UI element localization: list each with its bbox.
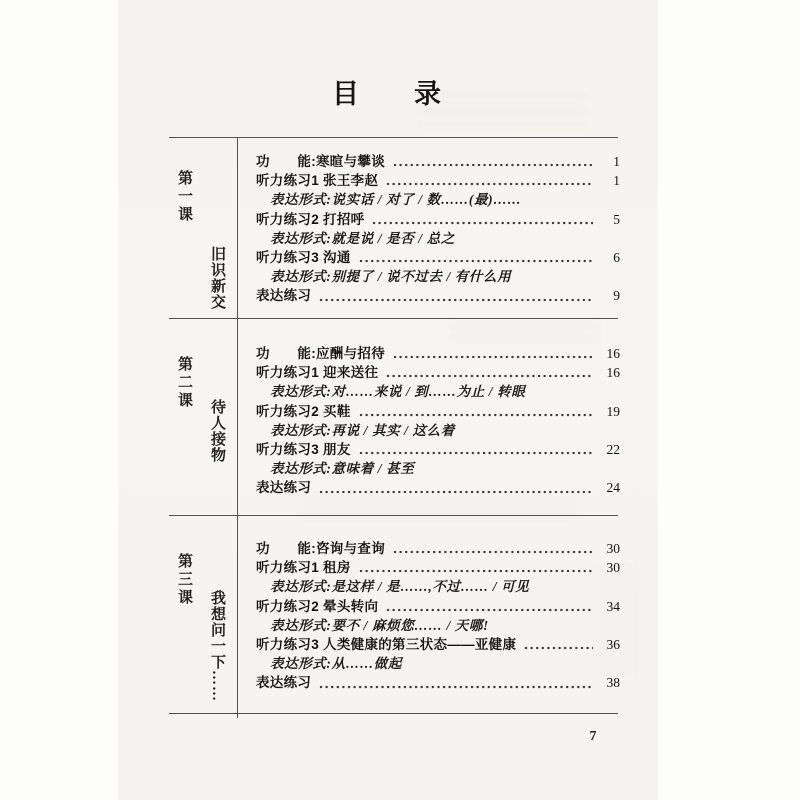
- dotted-leader: [393, 355, 593, 359]
- toc-entry-text: 听力练习3 沟通: [256, 248, 351, 267]
- toc-row-form: 表达形式:就是说 / 是否 / 总之: [256, 229, 620, 248]
- toc-entry-text: 表达练习: [256, 673, 311, 692]
- toc-row-form: 表达形式:说实话 / 对了 / 数……(最)……: [256, 190, 620, 209]
- dotted-leader: [359, 451, 593, 455]
- dotted-leader: [524, 646, 593, 650]
- scan-bleed-artifact: [298, 498, 578, 528]
- toc-row-form: 表达形式:是这样 / 是……,不过…… / 可见: [256, 577, 620, 596]
- toc-entry-text: 表达练习: [256, 286, 311, 305]
- toc-entry-page-number: 16: [598, 344, 620, 363]
- toc-row-form: 表达形式:意味着 / 甚至: [256, 459, 620, 478]
- toc-entry-text: 听力练习2 晕头转向: [256, 597, 378, 616]
- toc-row-exercise: 听力练习1 租房30: [256, 558, 620, 577]
- toc-entry-text: 听力练习1 租房: [256, 558, 351, 577]
- toc-row-function: 功 能:咨询与查询30: [256, 539, 620, 558]
- toc-entry-page-number: 34: [598, 597, 620, 616]
- toc-row-function: 功 能:寒暄与攀谈1: [256, 152, 620, 171]
- lesson-title-label: 待人接物: [207, 399, 228, 463]
- lesson-number-label: 第一课: [174, 170, 195, 224]
- scanned-book-page: 目 录 第一课 旧识新交 功 能:寒暄与攀谈1听力练习1 张王李赵1表达形式:说…: [118, 0, 658, 800]
- toc-entry-page-number: 19: [598, 402, 620, 421]
- toc-entry-page-number: 5: [598, 210, 620, 229]
- toc-entry-text: 听力练习1 迎来送往: [256, 363, 378, 382]
- toc-entry-page-number: 9: [598, 286, 620, 305]
- table-rule-vertical: [237, 137, 238, 718]
- toc-entry-text: 听力练习3 人类健康的第三状态——亚健康: [256, 635, 516, 654]
- dotted-leader: [393, 163, 593, 167]
- dotted-leader: [386, 608, 593, 612]
- toc-entry-text: 表达形式:是这样 / 是……,不过…… / 可见: [270, 577, 529, 596]
- toc-entry-text: 表达形式:别提了 / 说不过去 / 有什么用: [270, 267, 511, 286]
- toc-entry-page-number: 30: [598, 558, 620, 577]
- toc-entry-text: 功 能:应酬与招待: [256, 344, 385, 363]
- toc-entry-page-number: 1: [598, 152, 620, 171]
- toc-row-form: 表达形式:从……做起: [256, 654, 620, 673]
- folio-page-number: 7: [580, 729, 606, 745]
- toc-row-exercise: 听力练习3 人类健康的第三状态——亚健康36: [256, 635, 620, 654]
- toc-row-form: 表达形式:别提了 / 说不过去 / 有什么用: [256, 267, 620, 286]
- toc-entry-page-number: 22: [598, 440, 620, 459]
- lesson-number-label: 第三课: [174, 553, 195, 607]
- toc-entries: 功 能:咨询与查询30听力练习1 租房30表达形式:是这样 / 是……,不过………: [256, 539, 620, 693]
- toc-entries: 功 能:寒暄与攀谈1听力练习1 张王李赵1表达形式:说实话 / 对了 / 数………: [256, 152, 620, 306]
- toc-entry-text: 听力练习2 买鞋: [256, 402, 351, 421]
- toc-entry-text: 表达形式:就是说 / 是否 / 总之: [270, 229, 455, 248]
- toc-row-exercise: 听力练习2 晕头转向34: [256, 597, 620, 616]
- toc-entry-text: 听力练习3 朋友: [256, 440, 351, 459]
- toc-row-function: 功 能:应酬与招待16: [256, 344, 620, 363]
- toc-entry-page-number: 36: [598, 635, 620, 654]
- toc-row-practice: 表达练习38: [256, 673, 620, 692]
- toc-entries: 功 能:应酬与招待16听力练习1 迎来送往16表达形式:对……来说 / 到……为…: [256, 344, 620, 498]
- toc-entry-page-number: 6: [598, 248, 620, 267]
- toc-row-form: 表达形式:要不 / 麻烦您…… / 天哪!: [256, 616, 620, 635]
- dotted-leader: [386, 374, 593, 378]
- toc-entry-text: 表达形式:说实话 / 对了 / 数……(最)……: [270, 190, 521, 209]
- toc-row-practice: 表达练习9: [256, 286, 620, 305]
- toc-row-exercise: 听力练习3 朋友22: [256, 440, 620, 459]
- toc-entry-page-number: 1: [598, 171, 620, 190]
- toc-entry-text: 功 能:寒暄与攀谈: [256, 152, 385, 171]
- dotted-leader: [386, 182, 593, 186]
- toc-row-exercise: 听力练习1 迎来送往16: [256, 363, 620, 382]
- lesson-title-label: 我想问一下……: [207, 590, 228, 702]
- dotted-leader: [393, 550, 593, 554]
- toc-entry-text: 表达形式:意味着 / 甚至: [270, 459, 414, 478]
- dotted-leader: [359, 569, 593, 573]
- toc-entry-page-number: 30: [598, 539, 620, 558]
- dotted-leader: [359, 413, 593, 417]
- toc-entry-page-number: 38: [598, 673, 620, 692]
- dotted-leader: [319, 685, 593, 689]
- toc-row-form: 表达形式:对……来说 / 到……为止 / 转眼: [256, 382, 620, 401]
- page-title: 目 录: [169, 72, 618, 111]
- toc-entry-text: 表达形式:再说 / 其实 / 这么着: [270, 421, 455, 440]
- lesson-number-label: 第二课: [174, 356, 195, 410]
- toc-entry-text: 表达形式:对……来说 / 到……为止 / 转眼: [270, 382, 525, 401]
- toc-entry-page-number: 24: [598, 478, 620, 497]
- lesson-title-label: 旧识新交: [207, 246, 228, 310]
- toc-entry-text: 听力练习1 张王李赵: [256, 171, 378, 190]
- toc-row-form: 表达形式:再说 / 其实 / 这么着: [256, 421, 620, 440]
- toc-entry-text: 功 能:咨询与查询: [256, 539, 385, 558]
- dotted-leader: [319, 298, 593, 302]
- toc-row-exercise: 听力练习1 张王李赵1: [256, 171, 620, 190]
- toc-row-exercise: 听力练习2 打招呼5: [256, 210, 620, 229]
- dotted-leader: [372, 221, 593, 225]
- toc-entry-text: 表达形式:要不 / 麻烦您…… / 天哪!: [270, 616, 489, 635]
- toc-entry-text: 表达练习: [256, 478, 311, 497]
- toc-entry-text: 表达形式:从……做起: [270, 654, 402, 673]
- dotted-leader: [359, 259, 593, 263]
- dotted-leader: [319, 490, 593, 494]
- toc-entry-text: 听力练习2 打招呼: [256, 210, 364, 229]
- toc-row-exercise: 听力练习3 沟通6: [256, 248, 620, 267]
- toc-entry-page-number: 16: [598, 363, 620, 382]
- toc-row-practice: 表达练习24: [256, 478, 620, 497]
- toc-row-exercise: 听力练习2 买鞋19: [256, 402, 620, 421]
